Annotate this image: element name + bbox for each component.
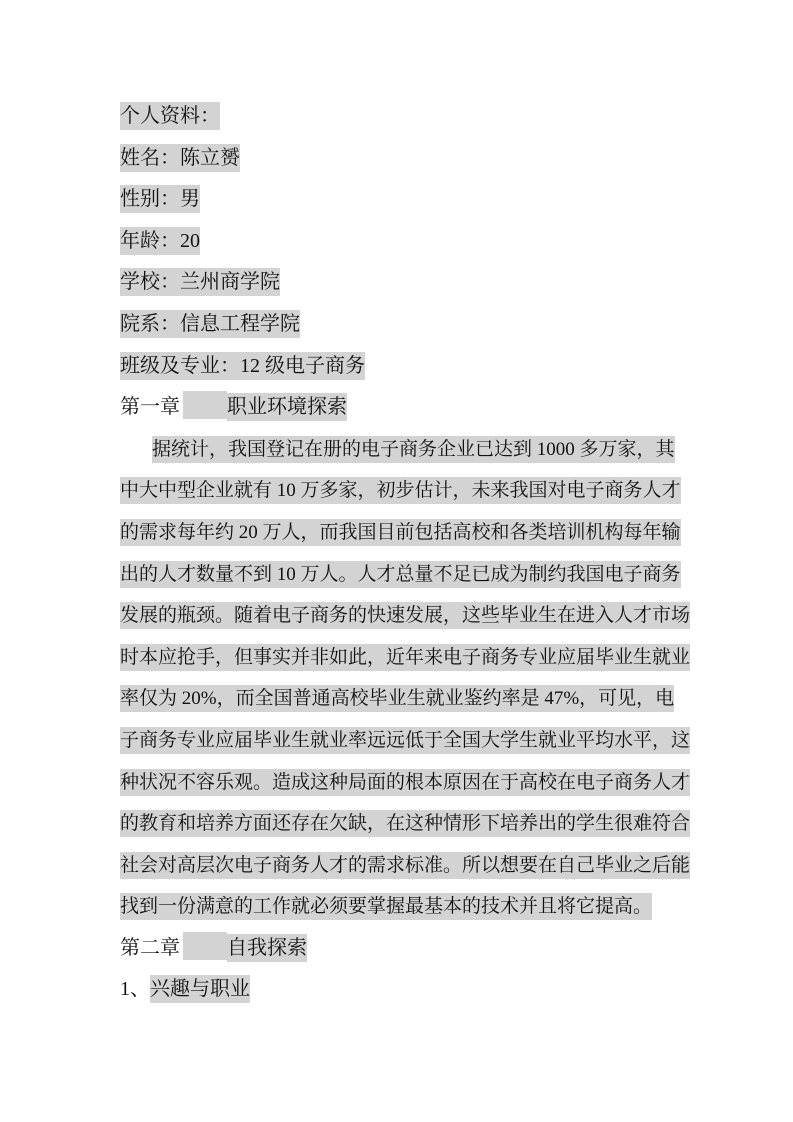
paragraph-line-text: 中大中型企业就有 10 万多家，初步估计，未来我国对电子商务人才	[120, 477, 681, 504]
paragraph-line: 的需求每年约 20 万人，而我国目前包括高校和各类培训机构每年输	[120, 512, 673, 554]
paragraph-line: 社会对高层次电子商务人才的需求标准。所以想要在自己毕业之后能	[120, 845, 673, 887]
chapter2-heading: 第二章自我探索	[120, 928, 673, 970]
profile-name-text: 姓名：陈立赟	[120, 144, 240, 172]
tab-highlight	[183, 932, 227, 960]
paragraph-line-text: 时本应抢手，但事实并非如此，近年来电子商务专业应届毕业生就业	[120, 644, 690, 671]
chapter1-title: 职业环境探索	[227, 393, 347, 421]
profile-line-header: 个人资料：	[120, 96, 673, 138]
paragraph-line: 时本应抢手，但事实并非如此，近年来电子商务专业应届毕业生就业	[120, 637, 673, 679]
paragraph-line: 出的人才数量不到 10 万人。人才总量不足已成为制约我国电子商务	[120, 554, 673, 596]
paragraph-line: 中大中型企业就有 10 万多家，初步估计，未来我国对电子商务人才	[120, 470, 673, 512]
paragraph-line-text: 的教育和培养方面还存在欠缺，在这种情形下培养出的学生很难符合	[120, 810, 690, 837]
paragraph-line: 的教育和培养方面还存在欠缺，在这种情形下培养出的学生很难符合	[120, 803, 673, 845]
paragraph-line: 找到一份满意的工作就必须要掌握最基本的技术并且将它提高。	[120, 886, 673, 928]
profile-line-class-major: 班级及专业：12 级电子商务	[120, 346, 673, 388]
chapter2-title: 自我探索	[227, 934, 307, 962]
profile-line-school: 学校：兰州商学院	[120, 262, 673, 304]
profile-school-text: 学校：兰州商学院	[120, 268, 280, 296]
section1-heading: 1、兴趣与职业	[120, 969, 673, 1011]
paragraph-line-text: 找到一份满意的工作就必须要掌握最基本的技术并且将它提高。	[120, 893, 652, 920]
document-page: 个人资料： 姓名：陈立赟 性别：男 年龄：20 学校：兰州商学院 院系：信息工程…	[120, 96, 673, 1011]
section1-title: 兴趣与职业	[150, 975, 250, 1003]
profile-line-name: 姓名：陈立赟	[120, 138, 673, 180]
paragraph-line: 子商务专业应届毕业生就业率远远低于全国大学生就业平均水平，这	[120, 720, 673, 762]
profile-department-text: 院系：信息工程学院	[120, 310, 300, 338]
paragraph-line-text: 子商务专业应届毕业生就业率远远低于全国大学生就业平均水平，这	[120, 727, 690, 754]
profile-class-major-text: 班级及专业：12 级电子商务	[120, 352, 365, 380]
paragraph-line-text: 出的人才数量不到 10 万人。人才总量不足已成为制约我国电子商务	[120, 561, 681, 588]
paragraph-line: 发展的瓶颈。随着电子商务的快速发展，这些毕业生在进入人才市场	[120, 595, 673, 637]
profile-age-text: 年龄：20	[120, 227, 200, 255]
paragraph-line: 种状况不容乐观。造成这种局面的根本原因在于高校在电子商务人才	[120, 762, 673, 804]
paragraph-line: 据统计，我国登记在册的电子商务企业已达到 1000 多万家，其	[120, 429, 673, 471]
paragraph-line-text: 社会对高层次电子商务人才的需求标准。所以想要在自己毕业之后能	[120, 852, 690, 879]
chapter1-heading: 第一章职业环境探索	[120, 387, 673, 429]
paragraph-line-text: 种状况不容乐观。造成这种局面的根本原因在于高校在电子商务人才	[120, 769, 690, 796]
chapter2-number: 第二章	[120, 937, 180, 959]
paragraph-line-text: 率仅为 20%，而全国普通高校毕业生就业鉴约率是 47%，可见，电	[120, 685, 674, 712]
profile-gender-text: 性别：男	[120, 185, 200, 213]
profile-line-department: 院系：信息工程学院	[120, 304, 673, 346]
section1-number: 1、	[120, 978, 150, 1000]
profile-line-age: 年龄：20	[120, 221, 673, 263]
paragraph-line-text: 发展的瓶颈。随着电子商务的快速发展，这些毕业生在进入人才市场	[120, 602, 690, 629]
profile-header-text: 个人资料：	[120, 102, 220, 130]
tab-highlight	[183, 391, 227, 419]
paragraph-line-text: 据统计，我国登记在册的电子商务企业已达到 1000 多万家，其	[152, 436, 675, 463]
paragraph-line: 率仅为 20%，而全国普通高校毕业生就业鉴约率是 47%，可见，电	[120, 678, 673, 720]
profile-line-gender: 性别：男	[120, 179, 673, 221]
paragraph-line-text: 的需求每年约 20 万人，而我国目前包括高校和各类培训机构每年输	[120, 519, 681, 546]
chapter1-number: 第一章	[120, 396, 180, 418]
